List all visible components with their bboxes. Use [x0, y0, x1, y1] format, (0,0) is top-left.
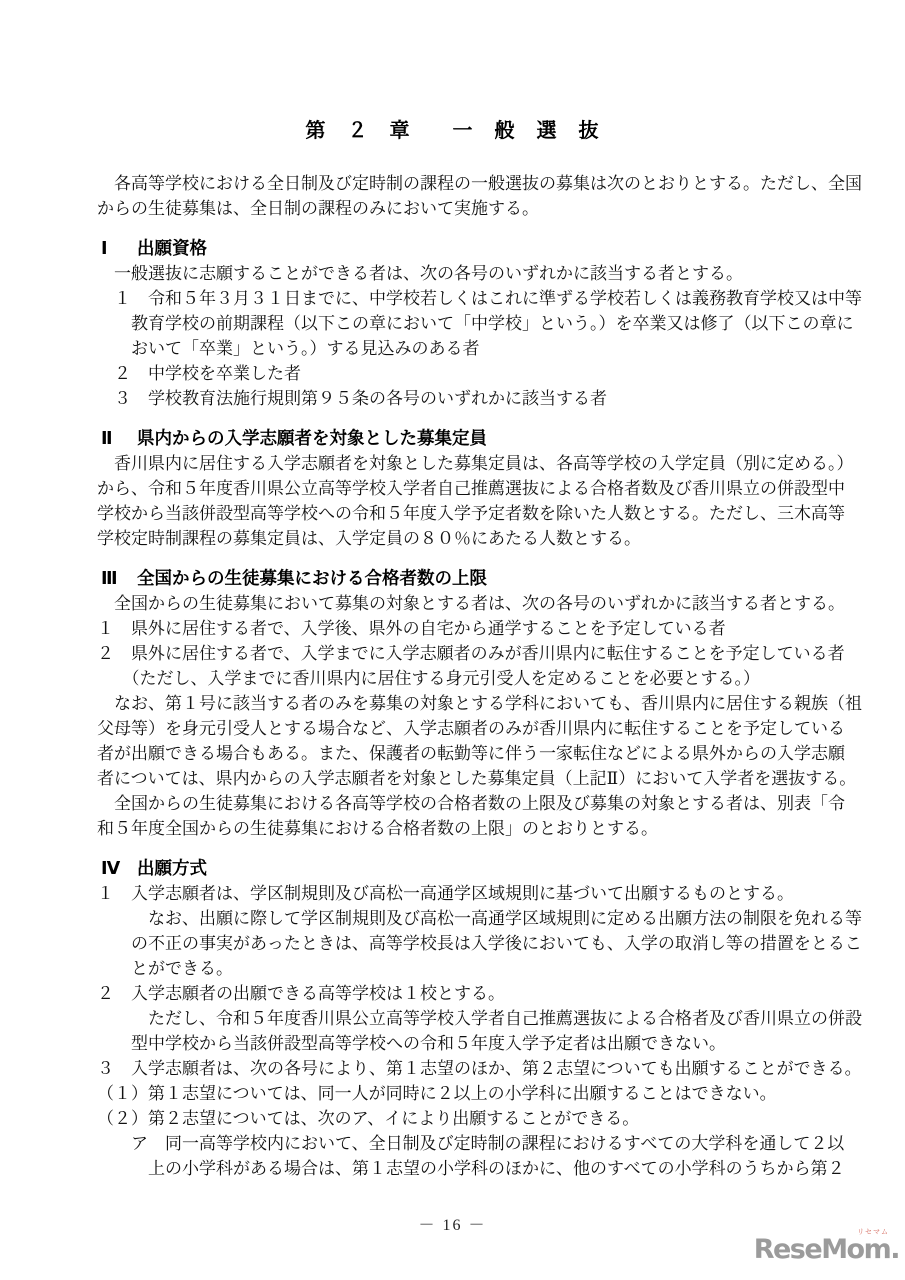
- document-page: 第 ２ 章 一 般 選 抜 各高等学校における全日制及び定時制の課程の一般選抜の…: [0, 0, 905, 1280]
- text-line: 上の小学科がある場合は、第１志望の小学科のほかに、他のすべての小学科のうちから第…: [97, 1156, 815, 1181]
- section-heading-text: 全国からの生徒募集における合格者数の上限: [137, 568, 487, 588]
- resemom-logo-text: ReseMom.: [754, 1234, 899, 1265]
- text-line: 一般選抜に志願することができる者は、次の各号のいずれかに該当する者とする。: [97, 261, 815, 286]
- section-numeral: Ⅱ: [101, 425, 137, 451]
- resemom-logo: リセマムReseMom.: [754, 1236, 899, 1263]
- section-heading-text: 県内からの入学志願者を対象とした募集定員: [137, 428, 487, 448]
- text-line: ただし、令和５年度香川県公立高等学校入学者自己推薦選抜による合格者及び香川県立の…: [97, 1006, 815, 1031]
- text-line: ３ 学校教育法施行規則第９５条の各号のいずれかに該当する者: [97, 386, 815, 411]
- text-line: からの生徒募集は、全日制の課程のみにおいて実施する。: [97, 196, 815, 221]
- text-line: ２ 入学志願者の出願できる高等学校は１校とする。: [97, 981, 815, 1006]
- section-numeral: Ⅰ: [101, 235, 137, 261]
- text-line: 者については、県内からの入学志願者を対象とした募集定員（上記Ⅱ）において入学者を…: [97, 766, 815, 791]
- section-heading: Ⅱ県内からの入学志願者を対象とした募集定員: [97, 425, 815, 451]
- text-line: （１）第１志望については、同一人が同時に２以上の小学科に出願することはできない。: [97, 1081, 815, 1106]
- resemom-logo-ruby: リセマム: [857, 1229, 889, 1236]
- section-heading-text: 出願方式: [137, 858, 207, 878]
- intro-paragraph: 各高等学校における全日制及び定時制の課程の一般選抜の募集は次のとおりとする。ただ…: [97, 171, 815, 221]
- text-line: １ 県外に居住する者で、入学後、県外の自宅から通学することを予定している者: [97, 616, 815, 641]
- section-heading: Ⅳ出願方式: [97, 855, 815, 881]
- sections-container: Ⅰ出願資格 一般選抜に志願することができる者は、次の各号のいずれかに該当する者と…: [97, 235, 815, 1181]
- text-line: 教育学校の前期課程（以下この章において「中学校」という。）を卒業又は修了（以下こ…: [97, 311, 815, 336]
- text-line: ２ 県外に居住する者で、入学までに入学志願者のみが香川県内に転住することを予定し…: [97, 641, 815, 666]
- text-line: ２ 中学校を卒業した者: [97, 361, 815, 386]
- text-line: なお、第１号に該当する者のみを募集の対象とする学科においても、香川県内に居住する…: [97, 691, 815, 716]
- text-line: 学校から当該併設型高等学校への令和５年度入学予定者数を除いた人数とする。ただし、…: [97, 501, 815, 526]
- section-heading: Ⅲ全国からの生徒募集における合格者数の上限: [97, 565, 815, 591]
- text-line: 香川県内に居住する入学志願者を対象とした募集定員は、各高等学校の入学定員（別に定…: [97, 451, 815, 476]
- text-line: 全国からの生徒募集において募集の対象とする者は、次の各号のいずれかに該当する者と…: [97, 591, 815, 616]
- section: Ⅱ県内からの入学志願者を対象とした募集定員 香川県内に居住する入学志願者を対象と…: [97, 425, 815, 551]
- text-line: （ただし、入学までに香川県内に居住する身元引受人を定めることを必要とする。）: [97, 666, 815, 691]
- text-line: １ 令和５年３月３１日までに、中学校若しくはこれに準ずる学校若しくは義務教育学校…: [97, 286, 815, 311]
- text-line: の不正の事実があったときは、高等学校長は入学後においても、入学の取消し等の措置を…: [97, 931, 815, 956]
- text-line: から、令和５年度香川県公立高等学校入学者自己推薦選抜による合格者数及び香川県立の…: [97, 476, 815, 501]
- text-line: 父母等）を身元引受人とする場合など、入学志願者のみが香川県内に転住することを予定…: [97, 716, 815, 741]
- section: Ⅳ出願方式１ 入学志願者は、学区制規則及び高松一高通学区域規則に基づいて出願する…: [97, 855, 815, 1181]
- text-line: おいて「卒業」という。）する見込みのある者: [97, 336, 815, 361]
- section: Ⅰ出願資格 一般選抜に志願することができる者は、次の各号のいずれかに該当する者と…: [97, 235, 815, 411]
- page-number: － 16 －: [0, 1212, 905, 1235]
- text-line: （２）第２志望については、次のア、イにより出願することができる。: [97, 1106, 815, 1131]
- text-line: 者が出願できる場合もある。また、保護者の転勤等に伴う一家転住などによる県外からの…: [97, 741, 815, 766]
- section-heading: Ⅰ出願資格: [97, 235, 815, 261]
- text-line: 全国からの生徒募集における各高等学校の合格者数の上限及び募集の対象とする者は、別…: [97, 791, 815, 816]
- document-body: 各高等学校における全日制及び定時制の課程の一般選抜の募集は次のとおりとする。ただ…: [97, 171, 815, 1181]
- text-line: とができる。: [97, 956, 815, 981]
- text-line: 和５年度全国からの生徒募集における合格者数の上限」のとおりとする。: [97, 816, 815, 841]
- text-line: 各高等学校における全日制及び定時制の課程の一般選抜の募集は次のとおりとする。ただ…: [97, 171, 815, 196]
- section-numeral: Ⅲ: [101, 565, 137, 591]
- section-numeral: Ⅳ: [101, 855, 137, 881]
- text-line: 型中学校から当該併設型高等学校への令和５年度入学予定者は出願できない。: [97, 1031, 815, 1056]
- chapter-title: 第 ２ 章 一 般 選 抜: [0, 114, 905, 143]
- section-heading-text: 出願資格: [137, 238, 207, 258]
- section: Ⅲ全国からの生徒募集における合格者数の上限 全国からの生徒募集において募集の対象…: [97, 565, 815, 841]
- text-line: ア 同一高等学校内において、全日制及び定時制の課程におけるすべての大学科を通して…: [97, 1131, 815, 1156]
- text-line: なお、出願に際して学区制規則及び高松一高通学区域規則に定める出願方法の制限を免れ…: [97, 906, 815, 931]
- text-line: ３ 入学志願者は、次の各号により、第１志望のほか、第２志望についても出願すること…: [97, 1056, 815, 1081]
- text-line: １ 入学志願者は、学区制規則及び高松一高通学区域規則に基づいて出願するものとする…: [97, 881, 815, 906]
- text-line: 学校定時制課程の募集定員は、入学定員の８０％にあたる人数とする。: [97, 526, 815, 551]
